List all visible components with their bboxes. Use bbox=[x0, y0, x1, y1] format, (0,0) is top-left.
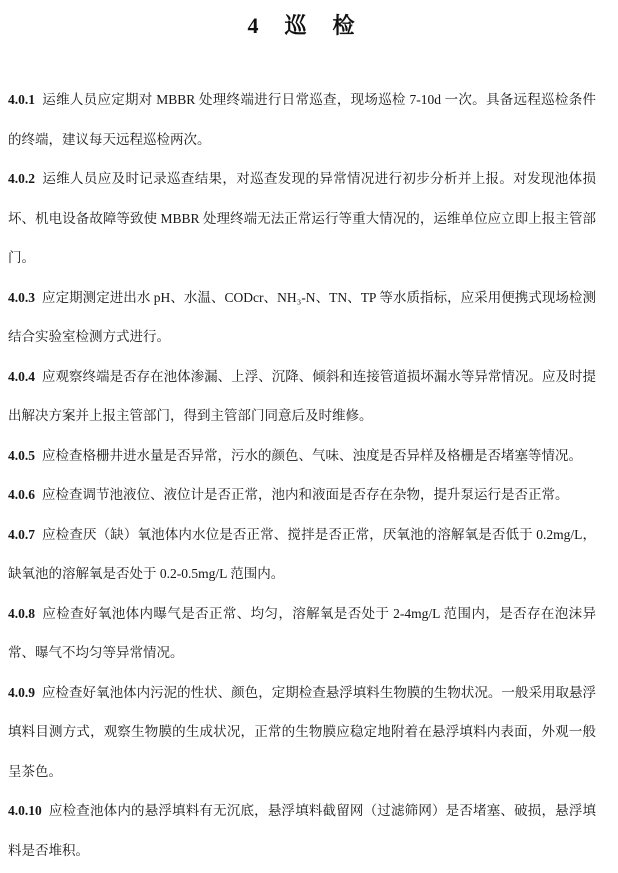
clause-4-0-1: 4.0.1运维人员应定期对 MBBR 处理终端进行日常巡查，现场巡检 7-10d… bbox=[8, 80, 596, 159]
clause-text: 应定期测定进出水 pH、水温、CODcr、NH₃-N、TN、TP 等水质指标，应… bbox=[8, 290, 596, 345]
clause-text: 应检查格栅井进水量是否异常，污水的颜色、气味、浊度是否异样及格栅是否堵塞等情况。 bbox=[42, 448, 582, 463]
clause-number: 4.0.5 bbox=[8, 448, 35, 463]
clause-number: 4.0.9 bbox=[8, 685, 35, 700]
clause-4-0-5: 4.0.5应检查格栅井进水量是否异常，污水的颜色、气味、浊度是否异样及格栅是否堵… bbox=[8, 436, 596, 476]
document-page: 4 巡 检 4.0.1运维人员应定期对 MBBR 处理终端进行日常巡查，现场巡检… bbox=[0, 0, 618, 873]
clause-number: 4.0.6 bbox=[8, 487, 35, 502]
clause-text: 运维人员应定期对 MBBR 处理终端进行日常巡查，现场巡检 7-10d 一次。具… bbox=[8, 92, 596, 147]
clause-4-0-7: 4.0.7应检查厌（缺）氧池体内水位是否正常、搅拌是否正常，厌氧池的溶解氧是否低… bbox=[8, 515, 596, 594]
clause-text: 应检查池体内的悬浮填料有无沉底，悬浮填料截留网（过滤筛网）是否堵塞、破损，悬浮填… bbox=[8, 803, 596, 858]
clause-4-0-2: 4.0.2运维人员应及时记录巡查结果，对巡查发现的异常情况进行初步分析并上报。对… bbox=[8, 159, 596, 278]
clause-text: 运维人员应及时记录巡查结果，对巡查发现的异常情况进行初步分析并上报。对发现池体损… bbox=[8, 171, 596, 265]
clause-list: 4.0.1运维人员应定期对 MBBR 处理终端进行日常巡查，现场巡检 7-10d… bbox=[8, 80, 596, 870]
clause-text: 应检查厌（缺）氧池体内水位是否正常、搅拌是否正常，厌氧池的溶解氧是否低于 0.2… bbox=[8, 527, 596, 582]
clause-number: 4.0.4 bbox=[8, 369, 35, 384]
clause-4-0-6: 4.0.6应检查调节池液位、液位计是否正常，池内和液面是否存在杂物，提升泵运行是… bbox=[8, 475, 596, 515]
clause-number: 4.0.8 bbox=[8, 606, 35, 621]
clause-text: 应检查调节池液位、液位计是否正常，池内和液面是否存在杂物，提升泵运行是否正常。 bbox=[42, 487, 569, 502]
clause-4-0-9: 4.0.9应检查好氧池体内污泥的性状、颜色，定期检查悬浮填料生物膜的生物状况。一… bbox=[8, 673, 596, 792]
clause-text: 应检查好氧池体内曝气是否正常、均匀，溶解氧是否处于 2-4mg/L 范围内，是否… bbox=[8, 606, 596, 661]
clause-4-0-4: 4.0.4应观察终端是否存在池体渗漏、上浮、沉降、倾斜和连接管道损坏漏水等异常情… bbox=[8, 357, 596, 436]
clause-number: 4.0.2 bbox=[8, 171, 35, 186]
clause-4-0-10: 4.0.10应检查池体内的悬浮填料有无沉底，悬浮填料截留网（过滤筛网）是否堵塞、… bbox=[8, 791, 596, 870]
clause-4-0-3: 4.0.3应定期测定进出水 pH、水温、CODcr、NH₃-N、TN、TP 等水… bbox=[8, 278, 596, 357]
clause-number: 4.0.10 bbox=[8, 803, 42, 818]
clause-number: 4.0.7 bbox=[8, 527, 35, 542]
clause-number: 4.0.3 bbox=[8, 290, 35, 305]
clause-text: 应检查好氧池体内污泥的性状、颜色，定期检查悬浮填料生物膜的生物状况。一般采用取悬… bbox=[8, 685, 596, 779]
clause-number: 4.0.1 bbox=[8, 92, 35, 107]
clause-4-0-8: 4.0.8应检查好氧池体内曝气是否正常、均匀，溶解氧是否处于 2-4mg/L 范… bbox=[8, 594, 596, 673]
section-title: 4 巡 检 bbox=[8, 13, 596, 39]
clause-text: 应观察终端是否存在池体渗漏、上浮、沉降、倾斜和连接管道损坏漏水等异常情况。应及时… bbox=[8, 369, 596, 424]
